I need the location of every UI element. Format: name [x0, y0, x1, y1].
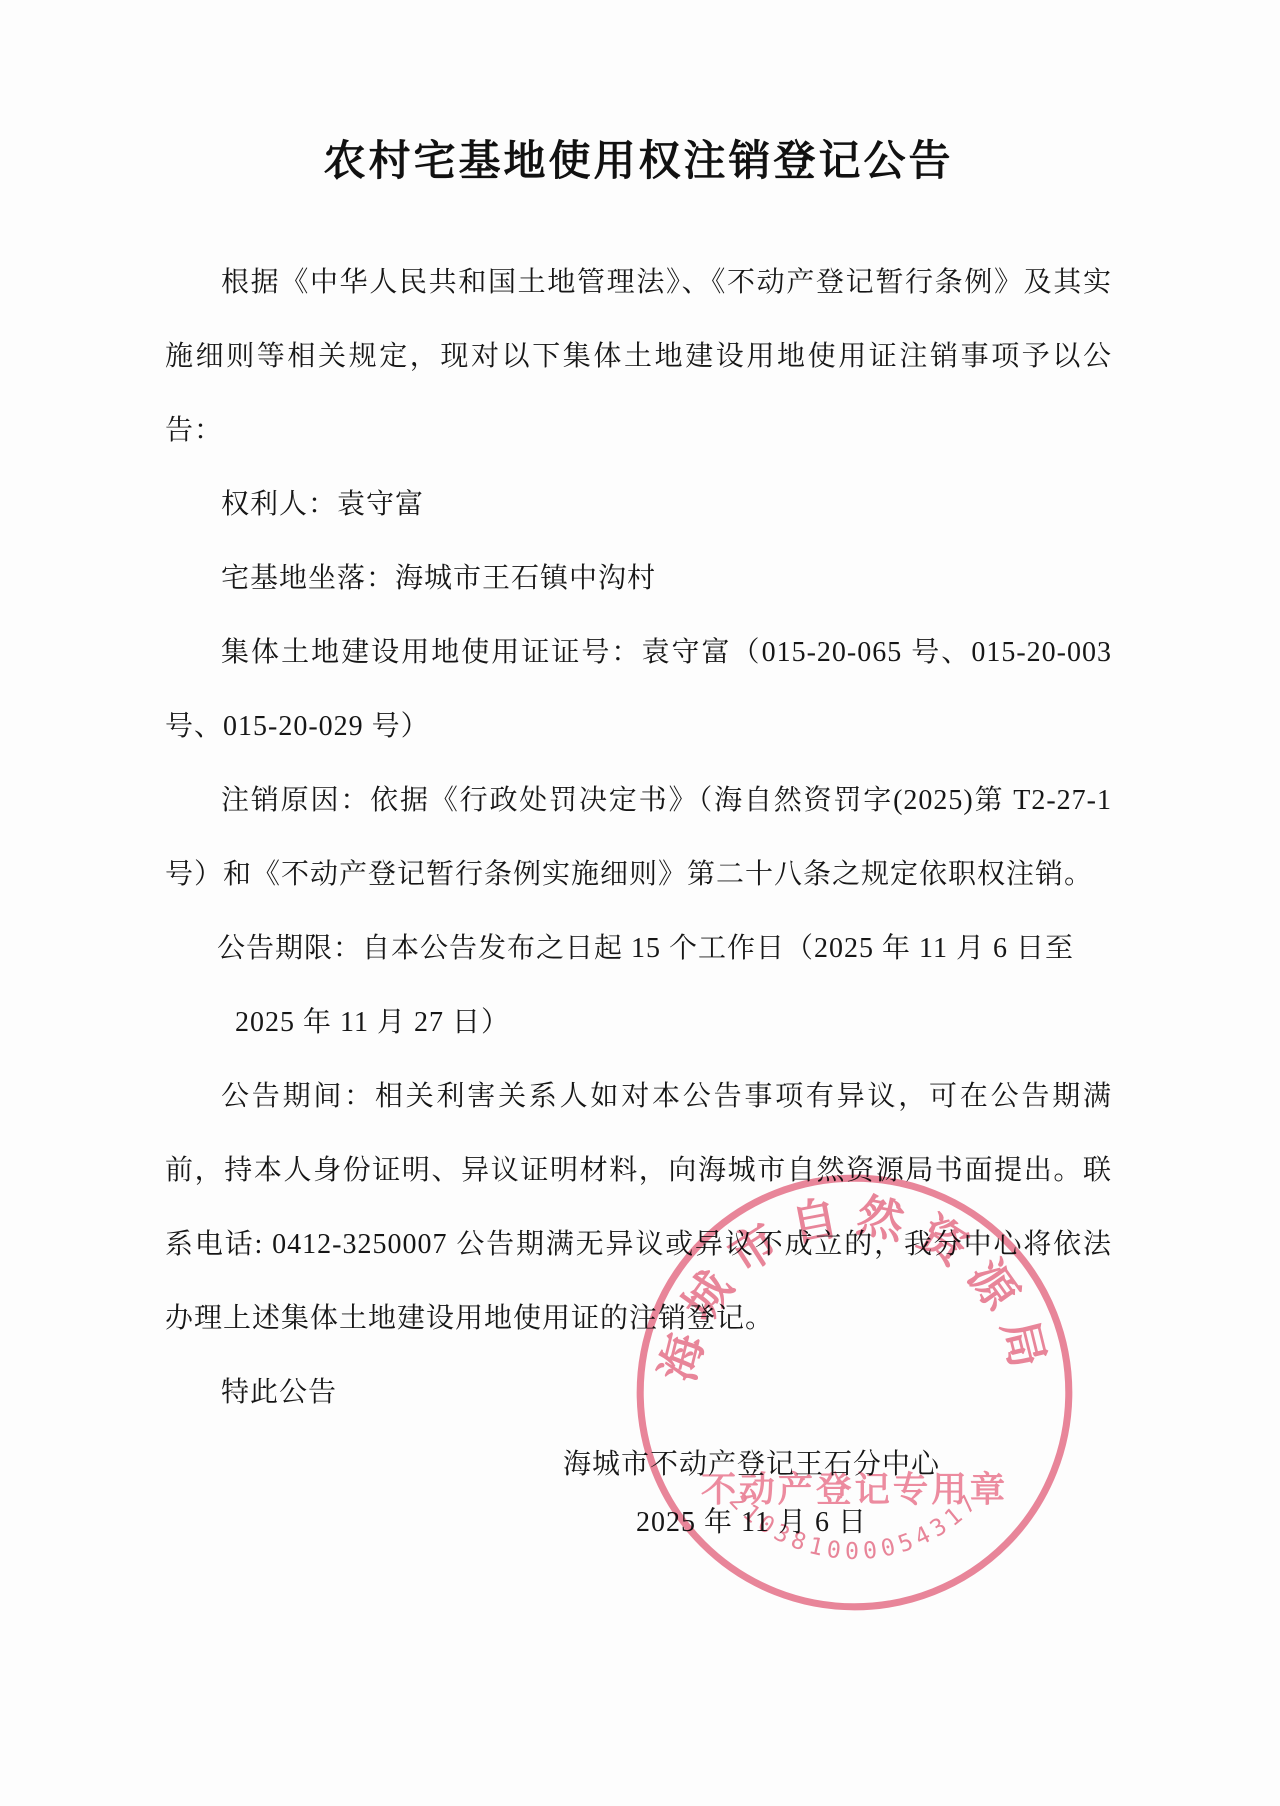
document-page: 农村宅基地使用权注销登记公告 根据《中华人民共和国土地管理法》、《不动产登记暂行…	[0, 0, 1280, 1806]
paragraph-location: 宅基地坐落：海城市王石镇中沟村	[165, 542, 1112, 616]
paragraph-certificate-numbers: 集体土地建设用地使用证证号：袁守富（015-20-065 号、015-20-00…	[165, 616, 1112, 764]
document-title: 农村宅基地使用权注销登记公告	[165, 128, 1112, 188]
document-body: 根据《中华人民共和国土地管理法》、《不动产登记暂行条例》及其实施细则等相关规定，…	[165, 246, 1112, 1430]
document-content: 农村宅基地使用权注销登记公告 根据《中华人民共和国土地管理法》、《不动产登记暂行…	[0, 0, 1280, 1552]
paragraph-right-holder: 权利人：袁守富	[165, 468, 1112, 542]
signature-date: 2025 年 11 月 6 日	[563, 1494, 940, 1552]
paragraph-cancellation-reason: 注销原因：依据《行政处罚决定书》（海自然资罚字(2025)第 T2-27-1 号…	[165, 764, 1112, 912]
signature-issuer: 海城市不动产登记王石分中心	[563, 1436, 940, 1494]
paragraph-closing: 特此公告	[165, 1356, 1112, 1430]
paragraph-notice-period: 公告期限：自本公告发布之日起 15 个工作日（2025 年 11 月 6 日至 …	[165, 912, 1112, 1060]
signature-block: 海城市不动产登记王石分中心 2025 年 11 月 6 日	[563, 1436, 940, 1552]
paragraph-objection: 公告期间：相关利害关系人如对本公告事项有异议，可在公告期满前，持本人身份证明、异…	[165, 1060, 1112, 1356]
paragraph-intro: 根据《中华人民共和国土地管理法》、《不动产登记暂行条例》及其实施细则等相关规定，…	[165, 246, 1112, 468]
